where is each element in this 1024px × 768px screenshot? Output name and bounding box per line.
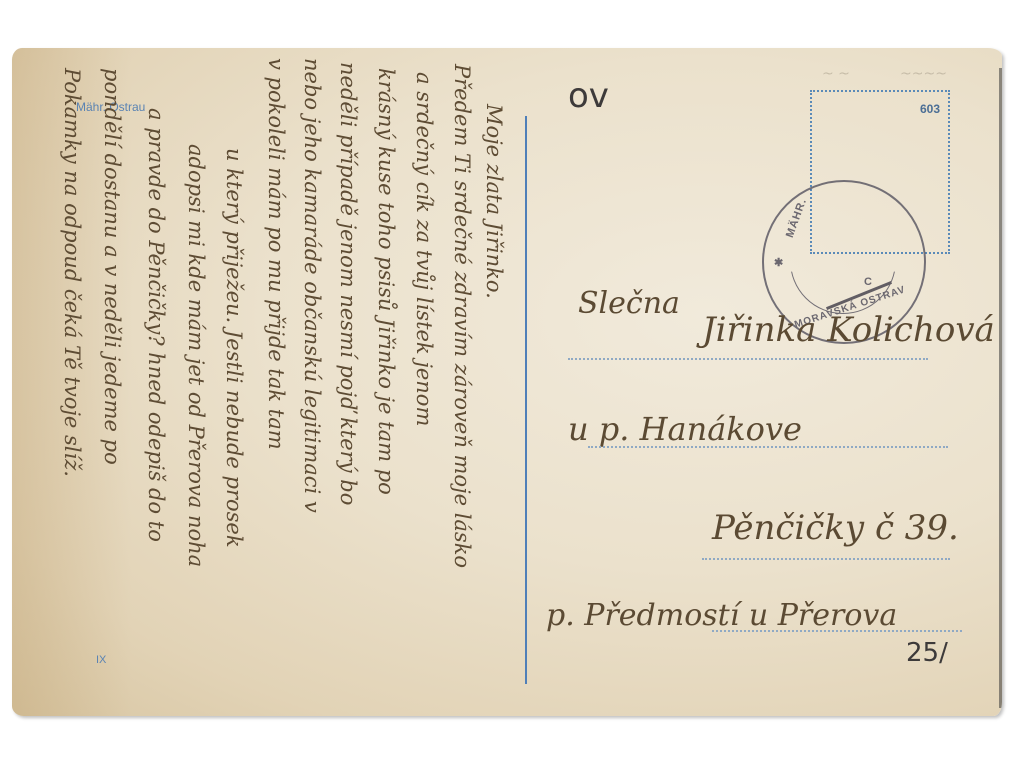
address-line-2 <box>588 446 948 448</box>
message-line: pondělí dostanu a v neděli jedeme po <box>100 68 124 465</box>
postcard: Mähr. Ostrau IX ov ~ ~ ~~~~ 603 MÄHR. ✱ … <box>12 48 1002 716</box>
address-line-1 <box>568 358 928 360</box>
message-line: adopsi mi kde mám jet od Přerova noha <box>184 144 208 567</box>
pencil-mark-bottom: 25/ <box>906 638 948 668</box>
stamp-box-number: 603 <box>920 102 940 116</box>
pencil-mark-top: ov <box>568 76 609 116</box>
faded-scribble: ~ ~ <box>822 66 850 82</box>
address-salutation: Slečna <box>578 286 680 321</box>
address-care-of: u p. Hanákove <box>568 410 802 448</box>
postmark-star-icon: ✱ <box>774 256 784 269</box>
message-line: Předem Ti srdečné zdravím zároveň moje l… <box>450 64 474 568</box>
message-line: krásný kuse toho psisů Jiřinko je tam po <box>374 68 398 495</box>
message-line: neděli případě jenom nesmí pojď který bo <box>336 62 360 505</box>
message-line: v pokoleli mám po mu přijde tak tam <box>264 58 288 450</box>
message-line: Pokamky na odpoud čeká Tě tvoje slíž. <box>60 68 84 477</box>
series-mark-label: IX <box>96 654 106 666</box>
postmark-top-text: MÄHR. <box>784 197 809 240</box>
faded-scribble: ~~~~ <box>900 66 947 82</box>
message-line: Moje zlata Jiřinko. <box>482 104 506 299</box>
address-village: Pěnčičky č 39. <box>712 508 959 548</box>
message-line: nebo jeho kamaráde občanskú legitimaci v <box>300 58 324 513</box>
message-line: u který přiježeu. Jestli nebude prosek <box>222 148 246 548</box>
message-line: a srdečný cík za tvůj lístek jenom <box>412 72 436 426</box>
address-line-4 <box>712 630 962 632</box>
address-recipient-name: Jiřinka Kolichová <box>702 310 995 350</box>
address-line-3 <box>702 558 950 560</box>
message-line: a pravde do Pěnčičky? hned odepiš do to <box>144 108 168 542</box>
center-divider-line <box>525 116 527 684</box>
postmark-center-letter: C <box>864 276 873 288</box>
address-post-office: p. Předmostí u Přerova <box>546 598 897 633</box>
